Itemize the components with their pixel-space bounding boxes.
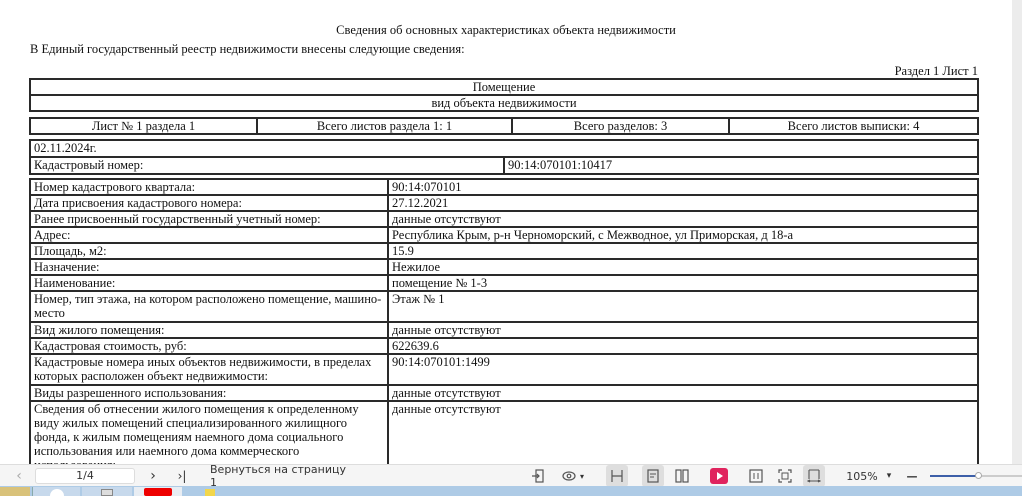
circle-icon — [50, 489, 64, 496]
row-label: Виды разрешенного использования: — [30, 385, 388, 401]
sections-total: Всего разделов: 3 — [512, 118, 729, 134]
taskbar-app-icon[interactable] — [32, 487, 80, 496]
play-icon — [710, 468, 728, 484]
date-cadastral-table: 02.11.2024г. Кадастровый номер: 90:14:07… — [29, 139, 979, 175]
row-value: 27.12.2021 — [388, 195, 978, 211]
last-page-icon: ›| — [178, 469, 187, 483]
single-page-icon — [647, 469, 659, 483]
zoom-level[interactable]: 105% — [845, 465, 879, 487]
zoom-out-button[interactable]: — — [902, 465, 922, 487]
row-value: 622639.6 — [388, 338, 978, 354]
export-button[interactable] — [528, 465, 548, 487]
characteristics-table: Номер кадастрового квартала:90:14:070101… — [29, 178, 979, 464]
fit-page-button[interactable] — [803, 465, 825, 487]
row-label: Кадастровая стоимость, руб: — [30, 338, 388, 354]
sheets-table: Лист № 1 раздела 1 Всего листов раздела … — [29, 117, 979, 135]
document-intro: В Единый государственный реестр недвижим… — [30, 42, 465, 57]
taskbar-star-icon[interactable] — [195, 487, 225, 496]
extract-date: 02.11.2024г. — [30, 140, 978, 157]
taskbar-window-icon[interactable] — [82, 487, 132, 496]
fullscreen-button[interactable] — [775, 465, 795, 487]
row-label: Кадастровые номера иных объектов недвижи… — [30, 354, 388, 385]
pdf-app-icon — [144, 488, 172, 496]
return-to-page-link[interactable]: Вернуться на страницу 1 — [210, 465, 350, 487]
row-label: Площадь, м2: — [30, 243, 388, 259]
object-type-caption: вид объекта недвижимости — [30, 95, 978, 111]
chevron-down-icon: ▾ — [887, 471, 892, 481]
fullscreen-icon — [778, 469, 792, 483]
table-row: Ранее присвоенный государственный учетны… — [30, 211, 978, 227]
table-row: Номер, тип этажа, на котором расположено… — [30, 291, 978, 322]
chevron-right-icon: › — [150, 468, 156, 484]
vertical-scrollbar[interactable] — [1012, 0, 1022, 464]
page-number-input[interactable]: 1/4 — [35, 468, 135, 484]
row-label: Сведения об отнесении жилого помещения к… — [30, 401, 388, 464]
row-value: Нежилое — [388, 259, 978, 275]
cadastral-number-label: Кадастровый номер: — [30, 157, 504, 174]
table-row: Кадастровая стоимость, руб:622639.6 — [30, 338, 978, 354]
object-type: Помещение — [30, 79, 978, 95]
row-label: Дата присвоения кадастрового номера: — [30, 195, 388, 211]
document-viewer: Сведения об основных характеристиках объ… — [0, 0, 1022, 464]
zoom-slider-handle[interactable] — [975, 472, 982, 479]
table-row: Назначение:Нежилое — [30, 259, 978, 275]
row-label: Вид жилого помещения: — [30, 322, 388, 338]
section-reference: Раздел 1 Лист 1 — [895, 64, 978, 79]
view-mode-dropdown[interactable]: ▾ — [558, 465, 588, 487]
last-page-button[interactable]: ›| — [172, 465, 192, 487]
table-row: Адрес:Республика Крым, р-н Черноморский,… — [30, 227, 978, 243]
chevron-left-icon: ‹ — [16, 468, 22, 484]
row-label: Номер кадастрового квартала: — [30, 179, 388, 195]
row-label: Номер, тип этажа, на котором расположено… — [30, 291, 388, 322]
sheet-number: Лист № 1 раздела 1 — [30, 118, 257, 134]
split-view-button[interactable] — [746, 465, 766, 487]
minus-icon: — — [907, 470, 918, 483]
chevron-down-icon: ▾ — [580, 472, 584, 481]
table-row: Вид жилого помещения:данные отсутствуют — [30, 322, 978, 338]
eye-icon — [562, 470, 578, 482]
row-value: Республика Крым, р-н Черноморский, с Меж… — [388, 227, 978, 243]
table-row: Кадастровые номера иных объектов недвижи… — [30, 354, 978, 385]
table-row: Номер кадастрового квартала:90:14:070101 — [30, 179, 978, 195]
object-type-table: Помещение вид объекта недвижимости — [29, 78, 979, 112]
row-value: 90:14:070101:1499 — [388, 354, 978, 385]
single-page-button[interactable] — [642, 465, 664, 487]
table-row: Площадь, м2:15.9 — [30, 243, 978, 259]
viewer-toolbar: ‹ 1/4 › ›| Вернуться на страницу 1 ▾ 105… — [0, 464, 1022, 486]
table-row: Дата присвоения кадастрового номера:27.1… — [30, 195, 978, 211]
table-row: Виды разрешенного использования:данные о… — [30, 385, 978, 401]
table-row: Сведения об отнесении жилого помещения к… — [30, 401, 978, 464]
prev-page-button[interactable]: ‹ — [10, 465, 28, 487]
star-icon — [205, 489, 215, 496]
extract-sheets-total: Всего листов выписки: 4 — [729, 118, 978, 134]
row-value: данные отсутствуют — [388, 211, 978, 227]
zoom-slider-fill — [930, 475, 978, 477]
fit-page-icon — [807, 469, 821, 483]
split-view-icon — [749, 469, 763, 483]
two-page-button[interactable] — [672, 465, 692, 487]
document-title: Сведения об основных характеристиках объ… — [0, 23, 1012, 38]
row-label: Адрес: — [30, 227, 388, 243]
row-label: Назначение: — [30, 259, 388, 275]
taskbar-folder-icon[interactable] — [0, 487, 30, 496]
next-page-button[interactable]: › — [144, 465, 162, 487]
fit-width-icon — [610, 469, 624, 483]
row-value: 90:14:070101 — [388, 179, 978, 195]
row-value: Этаж № 1 — [388, 291, 978, 322]
two-page-icon — [675, 469, 689, 483]
export-icon — [531, 469, 545, 483]
taskbar — [0, 486, 1022, 496]
window-icon — [101, 489, 113, 496]
section-sheets-total: Всего листов раздела 1: 1 — [257, 118, 512, 134]
row-value: 15.9 — [388, 243, 978, 259]
row-value: данные отсутствуют — [388, 385, 978, 401]
slideshow-button[interactable] — [708, 465, 730, 487]
table-row: Наименование:помещение № 1-3 — [30, 275, 978, 291]
taskbar-pdf-app[interactable] — [134, 487, 182, 496]
row-label: Наименование: — [30, 275, 388, 291]
row-value: помещение № 1-3 — [388, 275, 978, 291]
row-value: данные отсутствуют — [388, 401, 978, 464]
pdf-page: Сведения об основных характеристиках объ… — [0, 0, 1012, 464]
cadastral-number-value: 90:14:070101:10417 — [504, 157, 978, 174]
fit-width-button[interactable] — [606, 465, 628, 487]
row-value: данные отсутствуют — [388, 322, 978, 338]
zoom-dropdown-button[interactable]: ▾ — [882, 465, 896, 487]
row-label: Ранее присвоенный государственный учетны… — [30, 211, 388, 227]
zoom-level-value: 105% — [846, 470, 877, 483]
